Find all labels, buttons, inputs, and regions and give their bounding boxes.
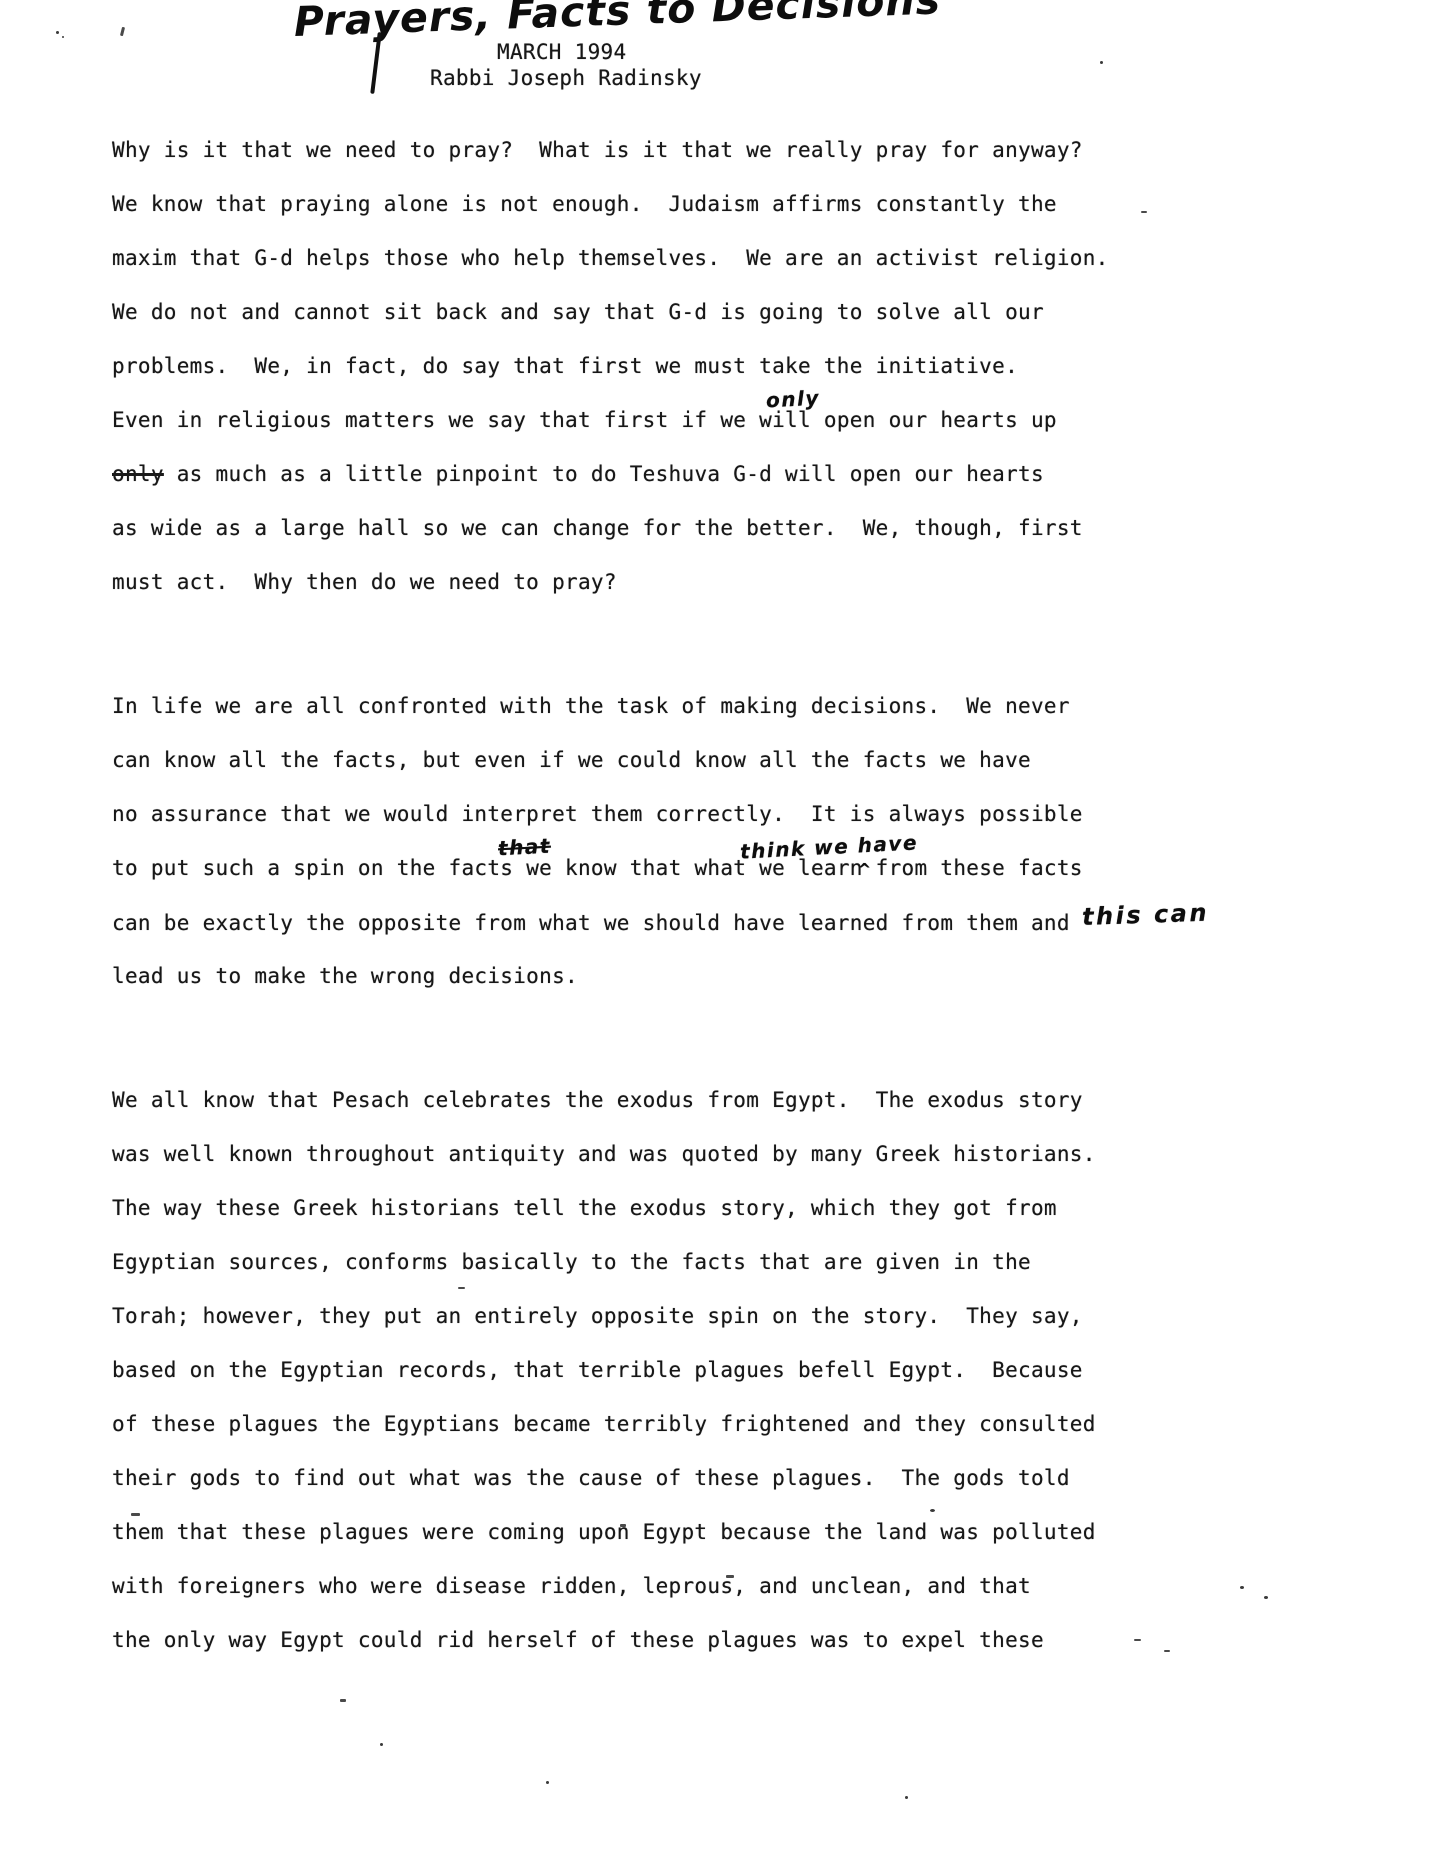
scan-artifact [1141, 211, 1147, 213]
typed-text: can know all the facts, but even if we c… [112, 748, 1031, 772]
typed-line: Why is it that we need to pray? What is … [112, 123, 1210, 177]
typed-text: lead us to make the wrong decisions. [112, 964, 578, 988]
typed-text: The way these Greek historians tell the … [112, 1196, 1057, 1220]
typed-text: Torah; however, they put an entirely opp… [112, 1304, 1083, 1328]
typed-line: was well known throughout antiquity and … [112, 1127, 1210, 1181]
scan-artifact [1264, 1596, 1268, 1599]
typed-line: We do not and cannot sit back and say th… [112, 285, 1210, 339]
typed-line: In life we are all confronted with the t… [112, 679, 1210, 733]
typed-line: their gods to find out what was the caus… [112, 1451, 1210, 1505]
typed-text: as wide as a large hall so we can change… [112, 516, 1083, 540]
scan-artifact [56, 31, 59, 34]
typed-text: from these facts [863, 856, 1083, 880]
typed-text: Even in religious matters we say that fi… [112, 408, 824, 432]
scanned-document-page: Prayers, Facts to Decisions MARCH 1994 R… [0, 0, 1430, 1851]
scan-artifact [905, 1796, 908, 1799]
typed-line: them that these plagues were coming upon… [112, 1505, 1210, 1559]
scan-artifact [726, 1575, 734, 1578]
typed-text: based on the Egyptian records, that terr… [112, 1358, 1083, 1382]
typed-line: The way these Greek historians tell the … [112, 1181, 1210, 1235]
typed-text: their gods to find out what was the caus… [112, 1466, 1070, 1490]
typed-line: as wide as a large hall so we can change… [112, 501, 1210, 555]
typed-line: problems. We, in fact, do say that first… [112, 339, 1210, 393]
typed-text: of these plagues the Egyptians became te… [112, 1412, 1096, 1436]
scan-artifact [620, 1524, 626, 1527]
scan-artifact [120, 27, 125, 36]
typed-text: the only way Egypt could rid herself of … [112, 1628, 1044, 1652]
typed-text: as much as a little pinpoint to do Teshu… [164, 462, 1044, 486]
paragraph: Why is it that we need to pray? What is … [112, 123, 1210, 609]
scan-artifact [1134, 1639, 1141, 1641]
typed-line: must act. Why then do we need to pray? [112, 555, 1210, 609]
typed-line: only as much as a little pinpoint to do … [112, 447, 1210, 501]
typed-text: problems. We, in fact, do say that first… [112, 354, 1018, 378]
typed-text: maxim that G-d helps those who help them… [112, 246, 1109, 270]
typed-text: We do not and cannot sit back and say th… [112, 300, 1044, 324]
typed-line: with foreigners who were disease ridden,… [112, 1559, 1210, 1613]
handwritten-note: this can [1081, 886, 1210, 944]
typed-line: Torah; however, they put an entirely opp… [112, 1289, 1210, 1343]
typed-line: We know that praying alone is not enough… [112, 177, 1210, 231]
typed-text: can be exactly the opposite from what we… [112, 911, 1083, 935]
scan-artifact [340, 1699, 346, 1702]
typed-line: based on the Egyptian records, that terr… [112, 1343, 1210, 1397]
typed-text: In life we are all confronted with the t… [112, 694, 1070, 718]
paragraph: In life we are all confronted with the t… [112, 679, 1210, 1003]
struck-typed-word: only [112, 462, 164, 486]
typed-line: to put such a spin on the factsthat we k… [112, 841, 1210, 895]
scan-artifact [546, 1781, 549, 1784]
typed-text: with foreigners who were disease ridden,… [112, 1574, 1031, 1598]
typed-text: open our hearts up [824, 408, 1057, 432]
typed-line: Egyptian sources, conforms basically to … [112, 1235, 1210, 1289]
scan-artifact [458, 1287, 465, 1289]
typed-line: of these plagues the Egyptians became te… [112, 1397, 1210, 1451]
typed-text: Egyptian sources, conforms basically to … [112, 1250, 1031, 1274]
scan-artifact [62, 36, 64, 38]
typed-line: lead us to make the wrong decisions. [112, 949, 1210, 1003]
typed-text: no assurance that we would interpret the… [112, 802, 1083, 826]
date-line: MARCH 1994 [497, 40, 626, 64]
scan-artifact [930, 1509, 935, 1512]
typed-text: must act. Why then do we need to pray? [112, 570, 617, 594]
scan-artifact [1100, 61, 1103, 64]
typed-line: no assurance that we would interpret the… [112, 787, 1210, 841]
typed-text: them that these plagues were coming upon… [112, 1520, 1096, 1544]
author-line: Rabbi Joseph Radinsky [430, 66, 702, 90]
document-body: Why is it that we need to pray? What is … [112, 123, 1210, 1667]
scan-artifact [131, 1513, 140, 1516]
typed-line: can be exactly the opposite from what we… [112, 895, 1210, 949]
typed-text: We know that praying alone is not enough… [112, 192, 1057, 216]
typed-line: Even in religious matters we say that fi… [112, 393, 1210, 447]
scan-artifact [380, 1743, 383, 1746]
scan-artifact [1164, 1650, 1170, 1652]
typed-line: the only way Egypt could rid herself of … [112, 1613, 1210, 1667]
typed-text: to put such a spin on the facts [112, 856, 513, 880]
typed-text: We all know that Pesach celebrates the e… [112, 1088, 1083, 1112]
typed-line: can know all the facts, but even if we c… [112, 733, 1210, 787]
typed-line: maxim that G-d helps those who help them… [112, 231, 1210, 285]
paragraph: We all know that Pesach celebrates the e… [112, 1073, 1210, 1667]
typed-text: was well known throughout antiquity and … [112, 1142, 1096, 1166]
typed-line: We all know that Pesach celebrates the e… [112, 1073, 1210, 1127]
scan-artifact [1240, 1586, 1244, 1589]
typed-text: Why is it that we need to pray? What is … [112, 138, 1083, 162]
